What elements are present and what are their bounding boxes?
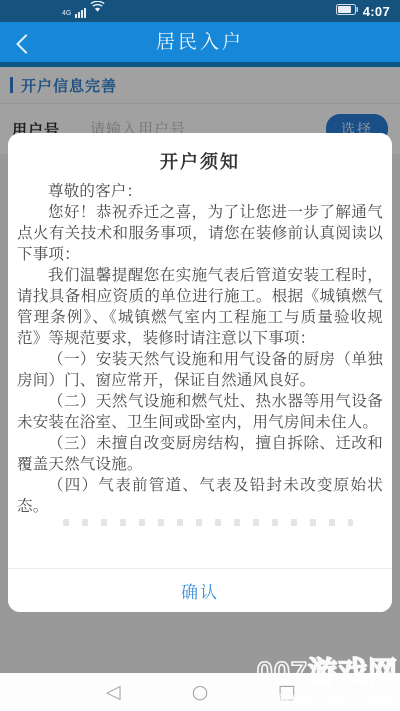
notice-paragraph: 我们温馨提醒您在实施气表后管道安装工程时，请找具备相应资质的单位进行施工。根据《… [17, 265, 383, 349]
system-nav-bar: ◁ ○ □ [0, 673, 400, 711]
network-type-label: 4G [62, 10, 71, 18]
notice-paragraphs: 尊敬的客户：您好！恭祝乔迁之喜，为了让您进一步了解通气点火有关技术和服务事项，请… [17, 181, 383, 517]
account-notice-modal: 开户须知 尊敬的客户：您好！恭祝乔迁之喜，为了让您进一步了解通气点火有关技术和服… [8, 133, 392, 612]
confirm-button[interactable]: 确认 [8, 569, 392, 612]
clock-time: 4:07 [363, 4, 390, 19]
signal-strength-icon [75, 8, 86, 18]
modal-title: 开户须知 [8, 133, 392, 174]
notice-paragraph: （三）未擅自改变厨房结构，擅自拆除、迁改和覆盖天然气设施。 [17, 433, 383, 475]
android-home-icon[interactable]: ○ [157, 673, 244, 711]
status-right-icons: 4:07 [336, 2, 390, 20]
notice-paragraph: 您好！恭祝乔迁之喜，为了让您进一步了解通气点火有关技术和服务事项，请您在装修前认… [17, 202, 383, 265]
status-bar: 4G 4:07 [0, 0, 400, 22]
page-title: 居民入户 [0, 22, 400, 62]
notice-paragraph: （四）气表前管道、气表及铅封未改变原始状态。 [17, 475, 383, 517]
android-back-icon[interactable]: ◁ [70, 673, 157, 711]
clipped-text-line [63, 519, 353, 526]
wifi-icon [90, 0, 105, 18]
notice-paragraph: 尊敬的客户： [17, 181, 383, 202]
notice-paragraph: （一）安装天然气设施和用气设备的厨房（单独房间）门、窗应常开，保证自然通风良好。 [17, 349, 383, 391]
android-recents-icon[interactable]: □ [243, 673, 330, 711]
app-nav-bar: 居民入户 [0, 22, 400, 67]
phone-screen: 4G 4:07 居民入 [0, 0, 400, 711]
notice-paragraph: （二）天然气设施和燃气灶、热水器等用气设备未安装在浴室、卫生间或卧室内，用气房间… [17, 391, 383, 433]
notice-body: 尊敬的客户：您好！恭祝乔迁之喜，为了让您进一步了解通气点火有关技术和服务事项，请… [8, 181, 392, 568]
battery-icon [336, 2, 358, 20]
status-left-icons: 4G [62, 4, 105, 18]
